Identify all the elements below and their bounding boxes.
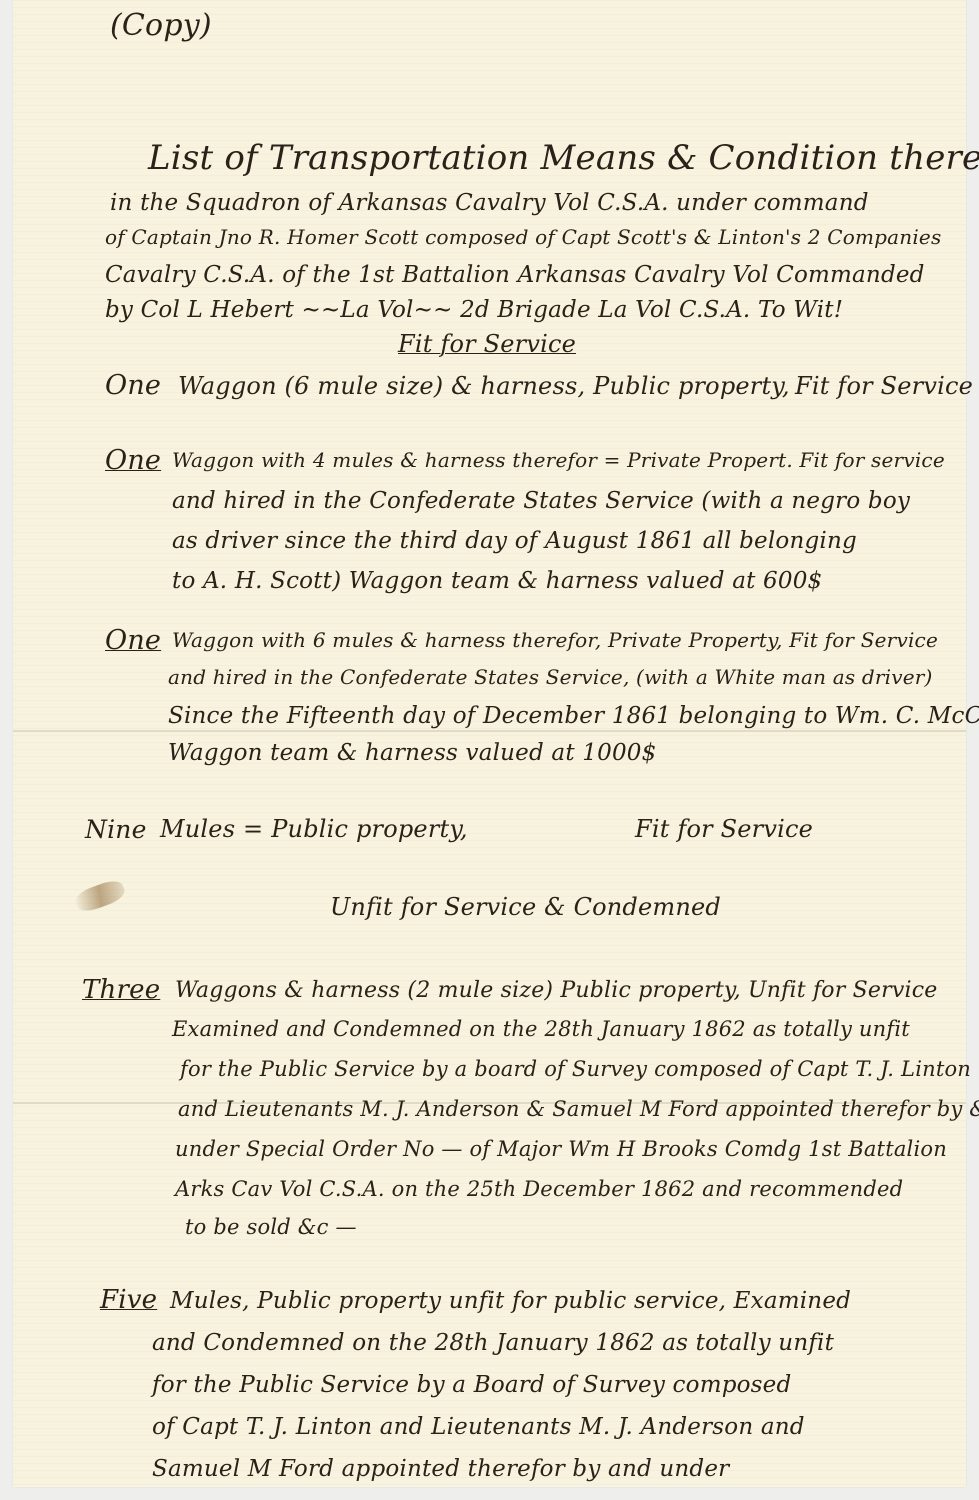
item-text: for the Public Service by a Board of Sur… (152, 1372, 791, 1398)
item-text: to be sold &c — (185, 1215, 357, 1239)
item-text: Waggons & harness (2 mule size) Public p… (175, 978, 937, 1003)
section-heading-unfit: Unfit for Service & Condemned (330, 893, 721, 921)
item-text: Mules = Public property, (160, 815, 468, 843)
header-line: by Col L Hebert ~~La Vol~~ 2d Brigade La… (105, 297, 843, 323)
item-text: Since the Fifteenth day of December 1861… (168, 703, 979, 729)
header-line: of Captain Jno R. Homer Scott composed o… (105, 225, 941, 249)
header-line: Cavalry C.S.A. of the 1st Battalion Arka… (105, 262, 925, 288)
item-count: One (105, 445, 161, 476)
item-text: Waggon with 4 mules & harness therefor =… (172, 448, 945, 472)
item-count: One (105, 370, 161, 401)
copy-annotation: (Copy) (110, 8, 212, 43)
item-text: Waggon with 6 mules & harness therefor, … (172, 628, 938, 652)
fold-crease (13, 730, 966, 732)
item-text: of Capt T. J. Linton and Lieutenants M. … (152, 1414, 805, 1440)
header-line: in the Squadron of Arkansas Cavalry Vol … (110, 190, 869, 216)
item-status: Fit for Service (795, 372, 973, 400)
item-text: Waggon team & harness valued at 1000$ (168, 740, 656, 766)
item-count: Three (82, 975, 160, 1005)
item-text: and hired in the Confederate States Serv… (172, 488, 910, 514)
item-text: and hired in the Confederate States Serv… (168, 665, 933, 689)
item-text: and Lieutenants M. J. Anderson & Samuel … (178, 1097, 979, 1121)
item-text: Mules, Public property unfit for public … (170, 1288, 851, 1314)
item-text: to A. H. Scott) Waggon team & harness va… (172, 568, 822, 594)
item-text: as driver since the third day of August … (172, 528, 857, 554)
item-count: Five (100, 1285, 157, 1315)
item-text: Arks Cav Vol C.S.A. on the 25th December… (175, 1177, 903, 1201)
item-text: Examined and Condemned on the 28th Janua… (172, 1017, 910, 1041)
item-count: Nine (85, 815, 147, 844)
item-count: One (105, 625, 161, 656)
item-text: Samuel M Ford appointed therefor by and … (152, 1456, 729, 1482)
section-heading-fit: Fit for Service (398, 330, 576, 358)
item-text: for the Public Service by a board of Sur… (180, 1057, 971, 1081)
ink-stain (73, 877, 128, 915)
item-text: and Condemned on the 28th January 1862 a… (152, 1330, 834, 1356)
item-text: Waggon (6 mule size) & harness, Public p… (178, 372, 790, 400)
document-title: List of Transportation Means & Condition… (148, 138, 979, 178)
item-status: Fit for Service (635, 815, 813, 843)
item-text: under Special Order No — of Major Wm H B… (175, 1137, 947, 1161)
